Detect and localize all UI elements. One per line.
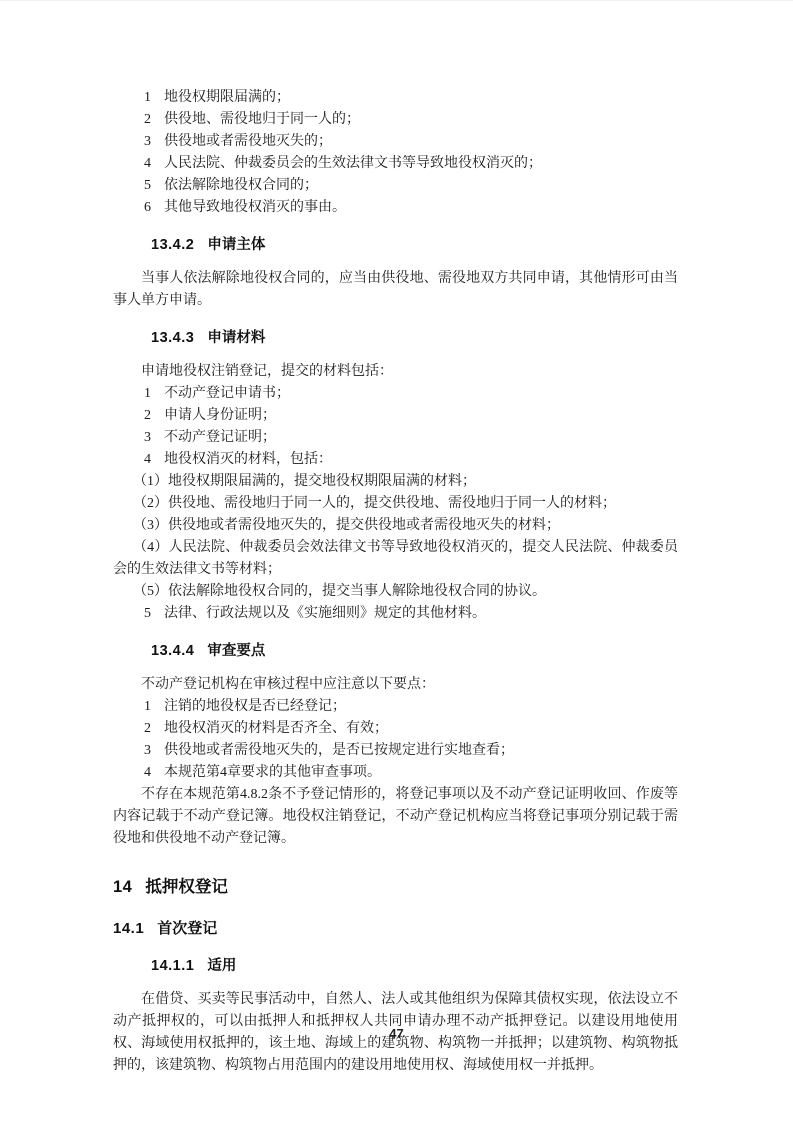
termination-causes-list: 1地役权期限届满的； 2供役地、需役地归于同一人的； 3供役地或者需役地灭失的；…: [113, 87, 678, 219]
section-number: 14: [113, 878, 132, 896]
sub-list-item: （5）依法解除地役权合同的，提交当事人解除地役权合同的协议。: [113, 581, 678, 603]
paragraph: 当事人依法解除地役权合同的，应当由供役地、需役地双方共同申请，其他情形可由当事人…: [113, 268, 678, 312]
list-item: 5法律、行政法规以及《实施细则》规定的其他材料。: [113, 603, 678, 625]
list-item-text: 供役地或者需役地灭失的；: [164, 134, 332, 149]
list-item: 4人民法院、仲裁委员会的生效法律文书等导致地役权消灭的；: [113, 153, 678, 175]
list-item-text: 地役权期限届满的；: [164, 90, 290, 105]
list-item-number: 4: [144, 449, 152, 471]
sub-list-item: （3）供役地或者需役地灭失的，提交供役地或者需役地灭失的材料；: [113, 515, 678, 537]
list-item-number: 2: [144, 109, 152, 131]
list-item-number: 3: [144, 131, 152, 153]
list-item-text: 不动产登记证明；: [164, 430, 276, 445]
list-item-number: 1: [144, 696, 152, 718]
section-title: 审查要点: [207, 643, 265, 659]
list-item: 3不动产登记证明；: [113, 427, 678, 449]
list-item-number: 5: [144, 603, 152, 625]
application-materials-list: 1不动产登记申请书； 2申请人身份证明； 3不动产登记证明； 4地役权消灭的材料…: [113, 383, 678, 625]
list-item: 4本规范第4章要求的其他审查事项。: [113, 762, 678, 784]
section-title: 首次登记: [157, 920, 217, 937]
list-item: 2地役权消灭的材料是否齐全、有效；: [113, 718, 678, 740]
paragraph: 申请地役权注销登记，提交的材料包括：: [113, 361, 678, 383]
section-title: 适用: [207, 958, 236, 974]
section-heading-14-1-1: 14.1.1适用: [113, 955, 678, 977]
list-item: 6其他导致地役权消灭的事由。: [113, 197, 678, 219]
paragraph: 不存在本规范第4.8.2条不予登记情形的，将登记事项以及不动产登记证明收回、作废…: [113, 784, 678, 850]
section-title: 申请材料: [207, 330, 265, 346]
list-item-text: 供役地或者需役地灭失的，是否已按规定进行实地查看；: [164, 743, 514, 758]
section-number: 14.1.1: [151, 958, 194, 974]
list-item: 2供役地、需役地归于同一人的；: [113, 109, 678, 131]
list-item-text: 注销的地役权是否已经登记；: [164, 699, 346, 714]
section-number: 13.4.3: [151, 330, 194, 346]
section-heading-13-4-2: 13.4.2申请主体: [113, 234, 678, 256]
list-item-number: 5: [144, 175, 152, 197]
list-item-number: 3: [144, 740, 152, 762]
list-item-number: 1: [144, 87, 152, 109]
sub-list-item: （2）供役地、需役地归于同一人的，提交供役地、需役地归于同一人的材料；: [113, 493, 678, 515]
section-number: 14.1: [113, 920, 144, 937]
list-item: 4地役权消灭的材料，包括：: [113, 449, 678, 471]
list-item-text: 申请人身份证明；: [164, 408, 276, 423]
list-item: 1不动产登记申请书；: [113, 383, 678, 405]
section-title: 抵押权登记: [145, 878, 228, 896]
list-item-number: 4: [144, 153, 152, 175]
list-item-text: 依法解除地役权合同的；: [164, 178, 318, 193]
list-item-number: 1: [144, 383, 152, 405]
document-page: 1地役权期限届满的； 2供役地、需役地归于同一人的； 3供役地或者需役地灭失的；…: [0, 0, 793, 1122]
list-item-text: 不动产登记申请书；: [164, 386, 290, 401]
list-item-number: 3: [144, 427, 152, 449]
list-item-number: 2: [144, 405, 152, 427]
chapter-heading-14: 14抵押权登记: [113, 876, 678, 898]
list-item: 3供役地或者需役地灭失的；: [113, 131, 678, 153]
list-item-number: 4: [144, 762, 152, 784]
page-number: 47: [0, 1023, 793, 1045]
section-heading-13-4-4: 13.4.4审查要点: [113, 640, 678, 662]
review-points-list: 1注销的地役权是否已经登记； 2地役权消灭的材料是否齐全、有效； 3供役地或者需…: [113, 696, 678, 784]
list-item-number: 6: [144, 197, 152, 219]
list-item: 1注销的地役权是否已经登记；: [113, 696, 678, 718]
list-item-text: 供役地、需役地归于同一人的；: [164, 112, 360, 127]
list-item: 2申请人身份证明；: [113, 405, 678, 427]
section-title: 申请主体: [207, 237, 265, 253]
list-item: 1地役权期限届满的；: [113, 87, 678, 109]
list-item-text: 其他导致地役权消灭的事由。: [164, 200, 346, 215]
sub-list-item: （1）地役权期限届满的，提交地役权期限届满的材料；: [113, 471, 678, 493]
list-item-number: 2: [144, 718, 152, 740]
section-heading-13-4-3: 13.4.3申请材料: [113, 327, 678, 349]
section-number: 13.4.4: [151, 643, 194, 659]
list-item-text: 地役权消灭的材料，包括：: [164, 452, 332, 467]
list-item: 3供役地或者需役地灭失的，是否已按规定进行实地查看；: [113, 740, 678, 762]
section-number: 13.4.2: [151, 237, 194, 253]
list-item: 5依法解除地役权合同的；: [113, 175, 678, 197]
paragraph: 不动产登记机构在审核过程中应注意以下要点：: [113, 674, 678, 696]
list-item-text: 人民法院、仲裁委员会的生效法律文书等导致地役权消灭的；: [164, 156, 542, 171]
list-item-text: 地役权消灭的材料是否齐全、有效；: [164, 721, 388, 736]
list-item-text: 法律、行政法规以及《实施细则》规定的其他材料。: [164, 606, 486, 621]
sub-list-item: （4）人民法院、仲裁委员会效法律文书等导致地役权消灭的，提交人民法院、仲裁委员会…: [113, 537, 678, 581]
list-item-text: 本规范第4章要求的其他审查事项。: [164, 765, 381, 780]
section-heading-14-1: 14.1首次登记: [113, 918, 678, 940]
